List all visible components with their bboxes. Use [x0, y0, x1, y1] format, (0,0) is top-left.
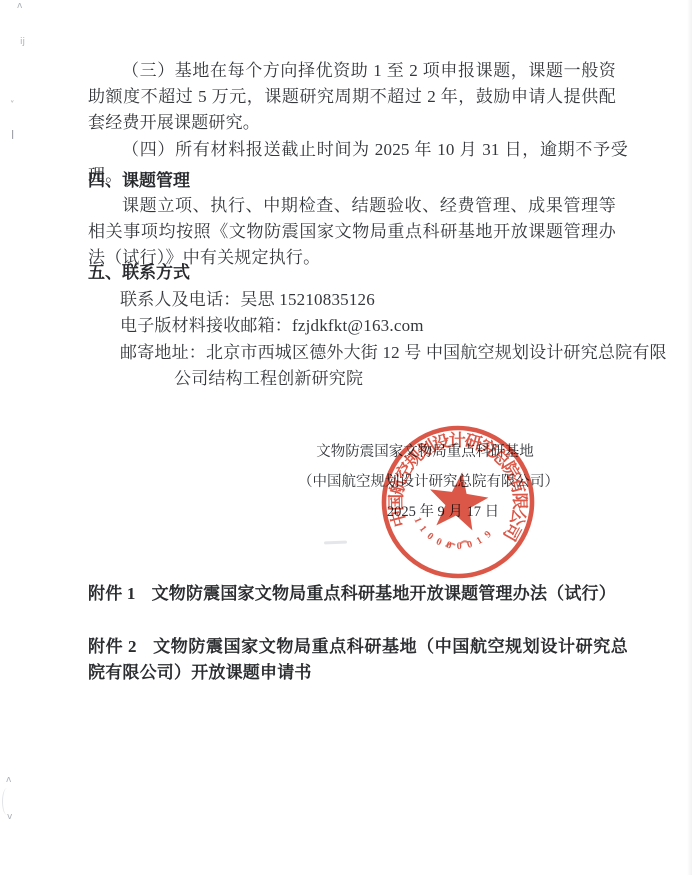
attachment-1-title: 文物防震国家文物局重点科研基地开放课题管理办法（试行） — [152, 584, 616, 603]
contact-email-line: 电子版材料接收邮箱：fzjdkfkt@163.com — [120, 313, 424, 339]
scan-artifact: ʌ — [6, 776, 11, 785]
scan-artifact: ʌ — [17, 2, 22, 11]
attachment-2-title: 文物防震国家文物局重点科研基地（中国航空规划设计研究总院有限公司）开放课题申请书 — [88, 637, 628, 682]
section-heading-management: 四、课题管理 — [88, 168, 190, 194]
paragraph-item-3: （三）基地在每个方向择优资助 1 至 2 项申报课题，课题一般资助额度不超过 5… — [88, 58, 616, 136]
attachment-2-line: 附件 2文物防震国家文物局重点科研基地（中国航空规划设计研究总院有限公司）开放课… — [88, 634, 628, 685]
scan-artifact-curve — [2, 788, 12, 815]
scan-artifact: | — [11, 131, 14, 140]
scan-artifact: ij — [20, 38, 25, 47]
attachment-1-line: 附件 1文物防震国家文物局重点科研基地开放课题管理办法（试行） — [88, 581, 648, 607]
attachment-2-label: 附件 2 — [88, 637, 137, 656]
contact-address-line-2: 公司结构工程创新研究院 — [174, 366, 363, 392]
contact-address-line-1: 邮寄地址：北京市西城区德外大街 12 号 中国航空规划设计研究总院有限 — [120, 340, 667, 366]
official-red-seal: 中国航空规划设计研究总院有限公司 1100000191078 — [362, 406, 554, 598]
contact-phone-line: 联系人及电话：吴思 15210835126 — [120, 287, 375, 313]
seal-star-icon — [425, 468, 491, 532]
scan-artifact: ˬ — [10, 94, 15, 103]
attachment-1-label: 附件 1 — [88, 584, 136, 603]
scan-artifact-dash — [324, 541, 347, 545]
scanned-document-page: ʌ ij ˬ | ʌ v （三）基地在每个方向择优资助 1 至 2 项申报课题，… — [0, 0, 692, 875]
section-heading-contact: 五、联系方式 — [88, 260, 190, 286]
